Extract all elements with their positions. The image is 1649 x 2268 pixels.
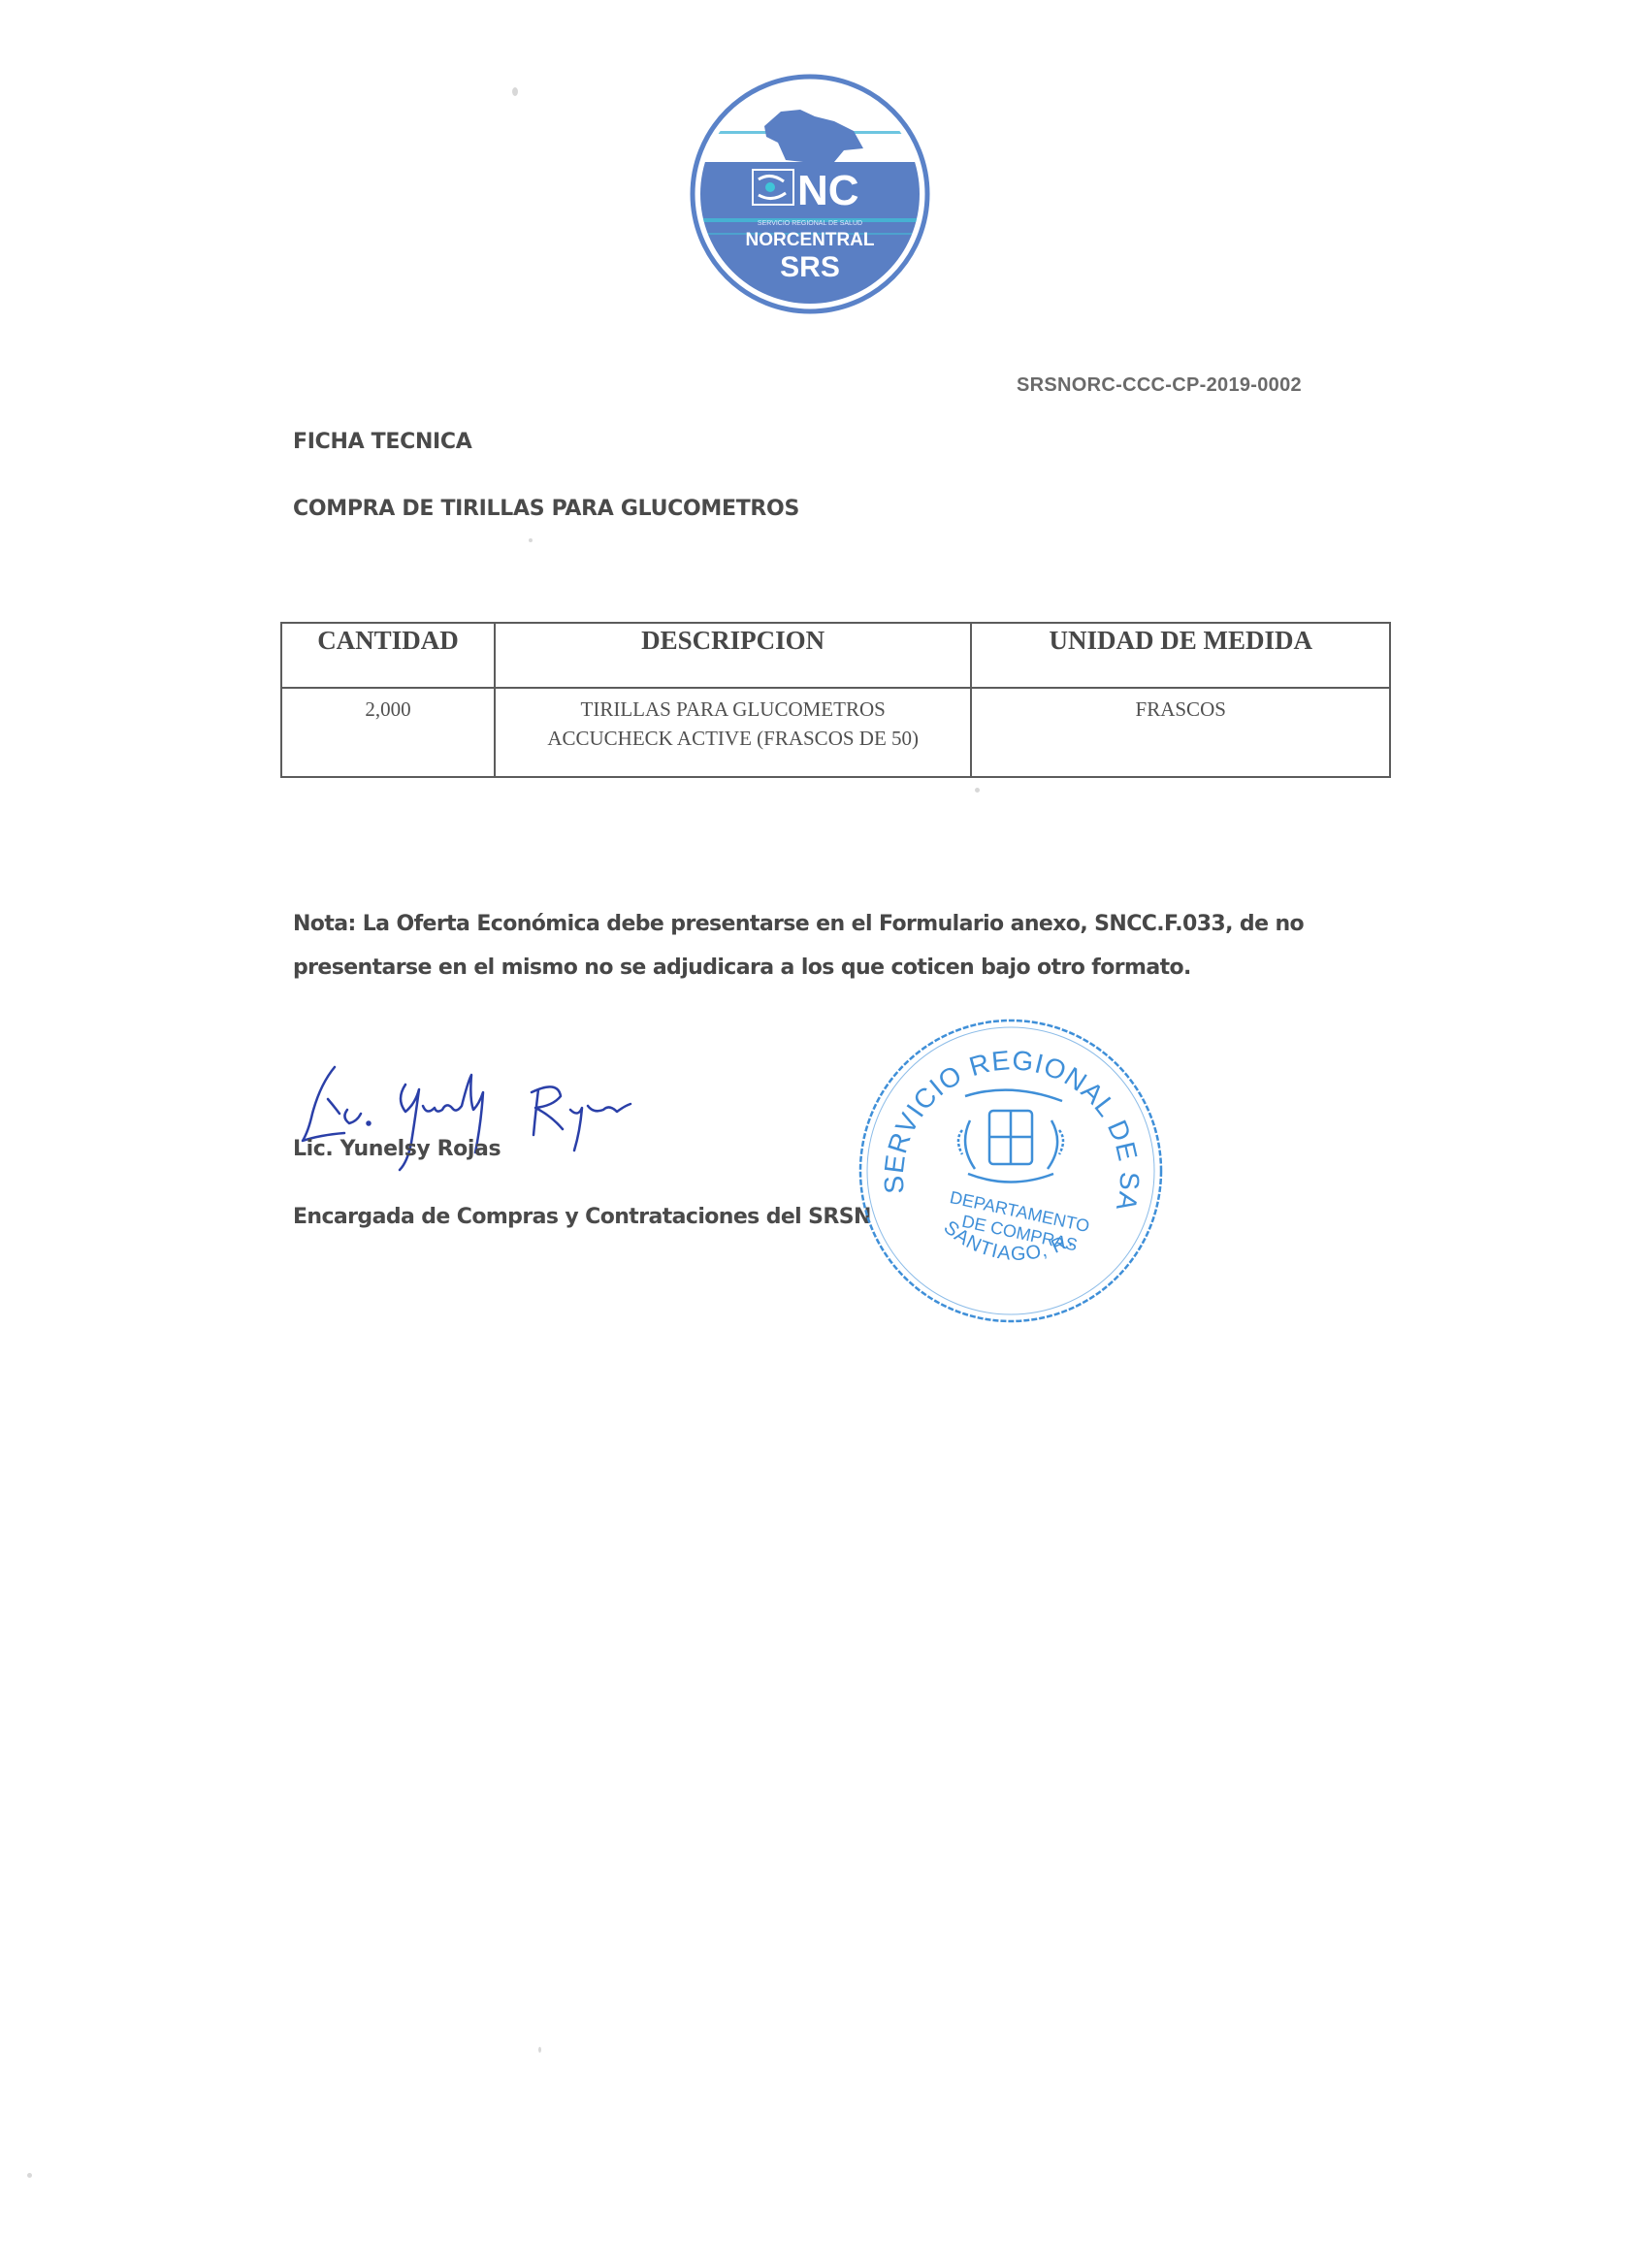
reference-code: SRSNORC-CCC-CP-2019-0002 bbox=[1017, 374, 1302, 397]
header-descripcion: DESCRIPCION bbox=[495, 623, 972, 688]
svg-text:SRS: SRS bbox=[780, 251, 840, 283]
table-row: 2,000 TIRILLAS PARA GLUCOMETROS ACCUCHEC… bbox=[281, 688, 1390, 777]
cell-cantidad: 2,000 bbox=[281, 688, 495, 777]
srs-norcentral-logo: NC SERVICIO REGIONAL DE SALUD NORCENTRAL… bbox=[689, 73, 931, 315]
header-unidad: UNIDAD DE MEDIDA bbox=[971, 623, 1390, 688]
svg-text:NORCENTRAL: NORCENTRAL bbox=[746, 230, 875, 250]
svg-text:SERVICIO REGIONAL DE SALUD NOR: SERVICIO REGIONAL DE SALUD NORCENTRAL II bbox=[854, 1014, 1145, 1215]
note-line: presentarse en el mismo no se adjudicara… bbox=[293, 946, 1379, 989]
scan-speck bbox=[529, 538, 533, 542]
document-subtitle: COMPRA DE TIRILLAS PARA GLUCOMETROS bbox=[293, 497, 799, 521]
svg-text:SERVICIO REGIONAL DE SALUD: SERVICIO REGIONAL DE SALUD bbox=[758, 220, 862, 227]
scan-speck bbox=[538, 2047, 541, 2053]
signer-role: Encargada de Compras y Contrataciones de… bbox=[293, 1205, 871, 1229]
description-line: TIRILLAS PARA GLUCOMETROS bbox=[500, 695, 967, 724]
document-title: FICHA TECNICA bbox=[293, 430, 472, 454]
table-header-row: CANTIDAD DESCRIPCION UNIDAD DE MEDIDA bbox=[281, 623, 1390, 688]
scan-speck bbox=[27, 2173, 32, 2178]
spec-table: CANTIDAD DESCRIPCION UNIDAD DE MEDIDA 2,… bbox=[280, 622, 1391, 778]
department-stamp: SERVICIO REGIONAL DE SALUD NORCENTRAL II… bbox=[854, 1014, 1169, 1329]
svg-text:NC: NC bbox=[797, 167, 859, 214]
note-line: Nota: La Oferta Económica debe presentar… bbox=[293, 902, 1379, 946]
signer-name: Lic. Yunelsy Rojas bbox=[293, 1137, 501, 1161]
note-paragraph: Nota: La Oferta Económica debe presentar… bbox=[293, 902, 1379, 989]
coat-of-arms-icon bbox=[958, 1090, 1063, 1183]
description-line: ACCUCHECK ACTIVE (FRASCOS DE 50) bbox=[500, 724, 967, 753]
cell-unidad: FRASCOS bbox=[971, 688, 1390, 777]
cell-descripcion: TIRILLAS PARA GLUCOMETROS ACCUCHECK ACTI… bbox=[495, 688, 972, 777]
header-cantidad: CANTIDAD bbox=[281, 623, 495, 688]
scan-speck bbox=[512, 87, 518, 96]
scan-speck bbox=[975, 788, 980, 793]
